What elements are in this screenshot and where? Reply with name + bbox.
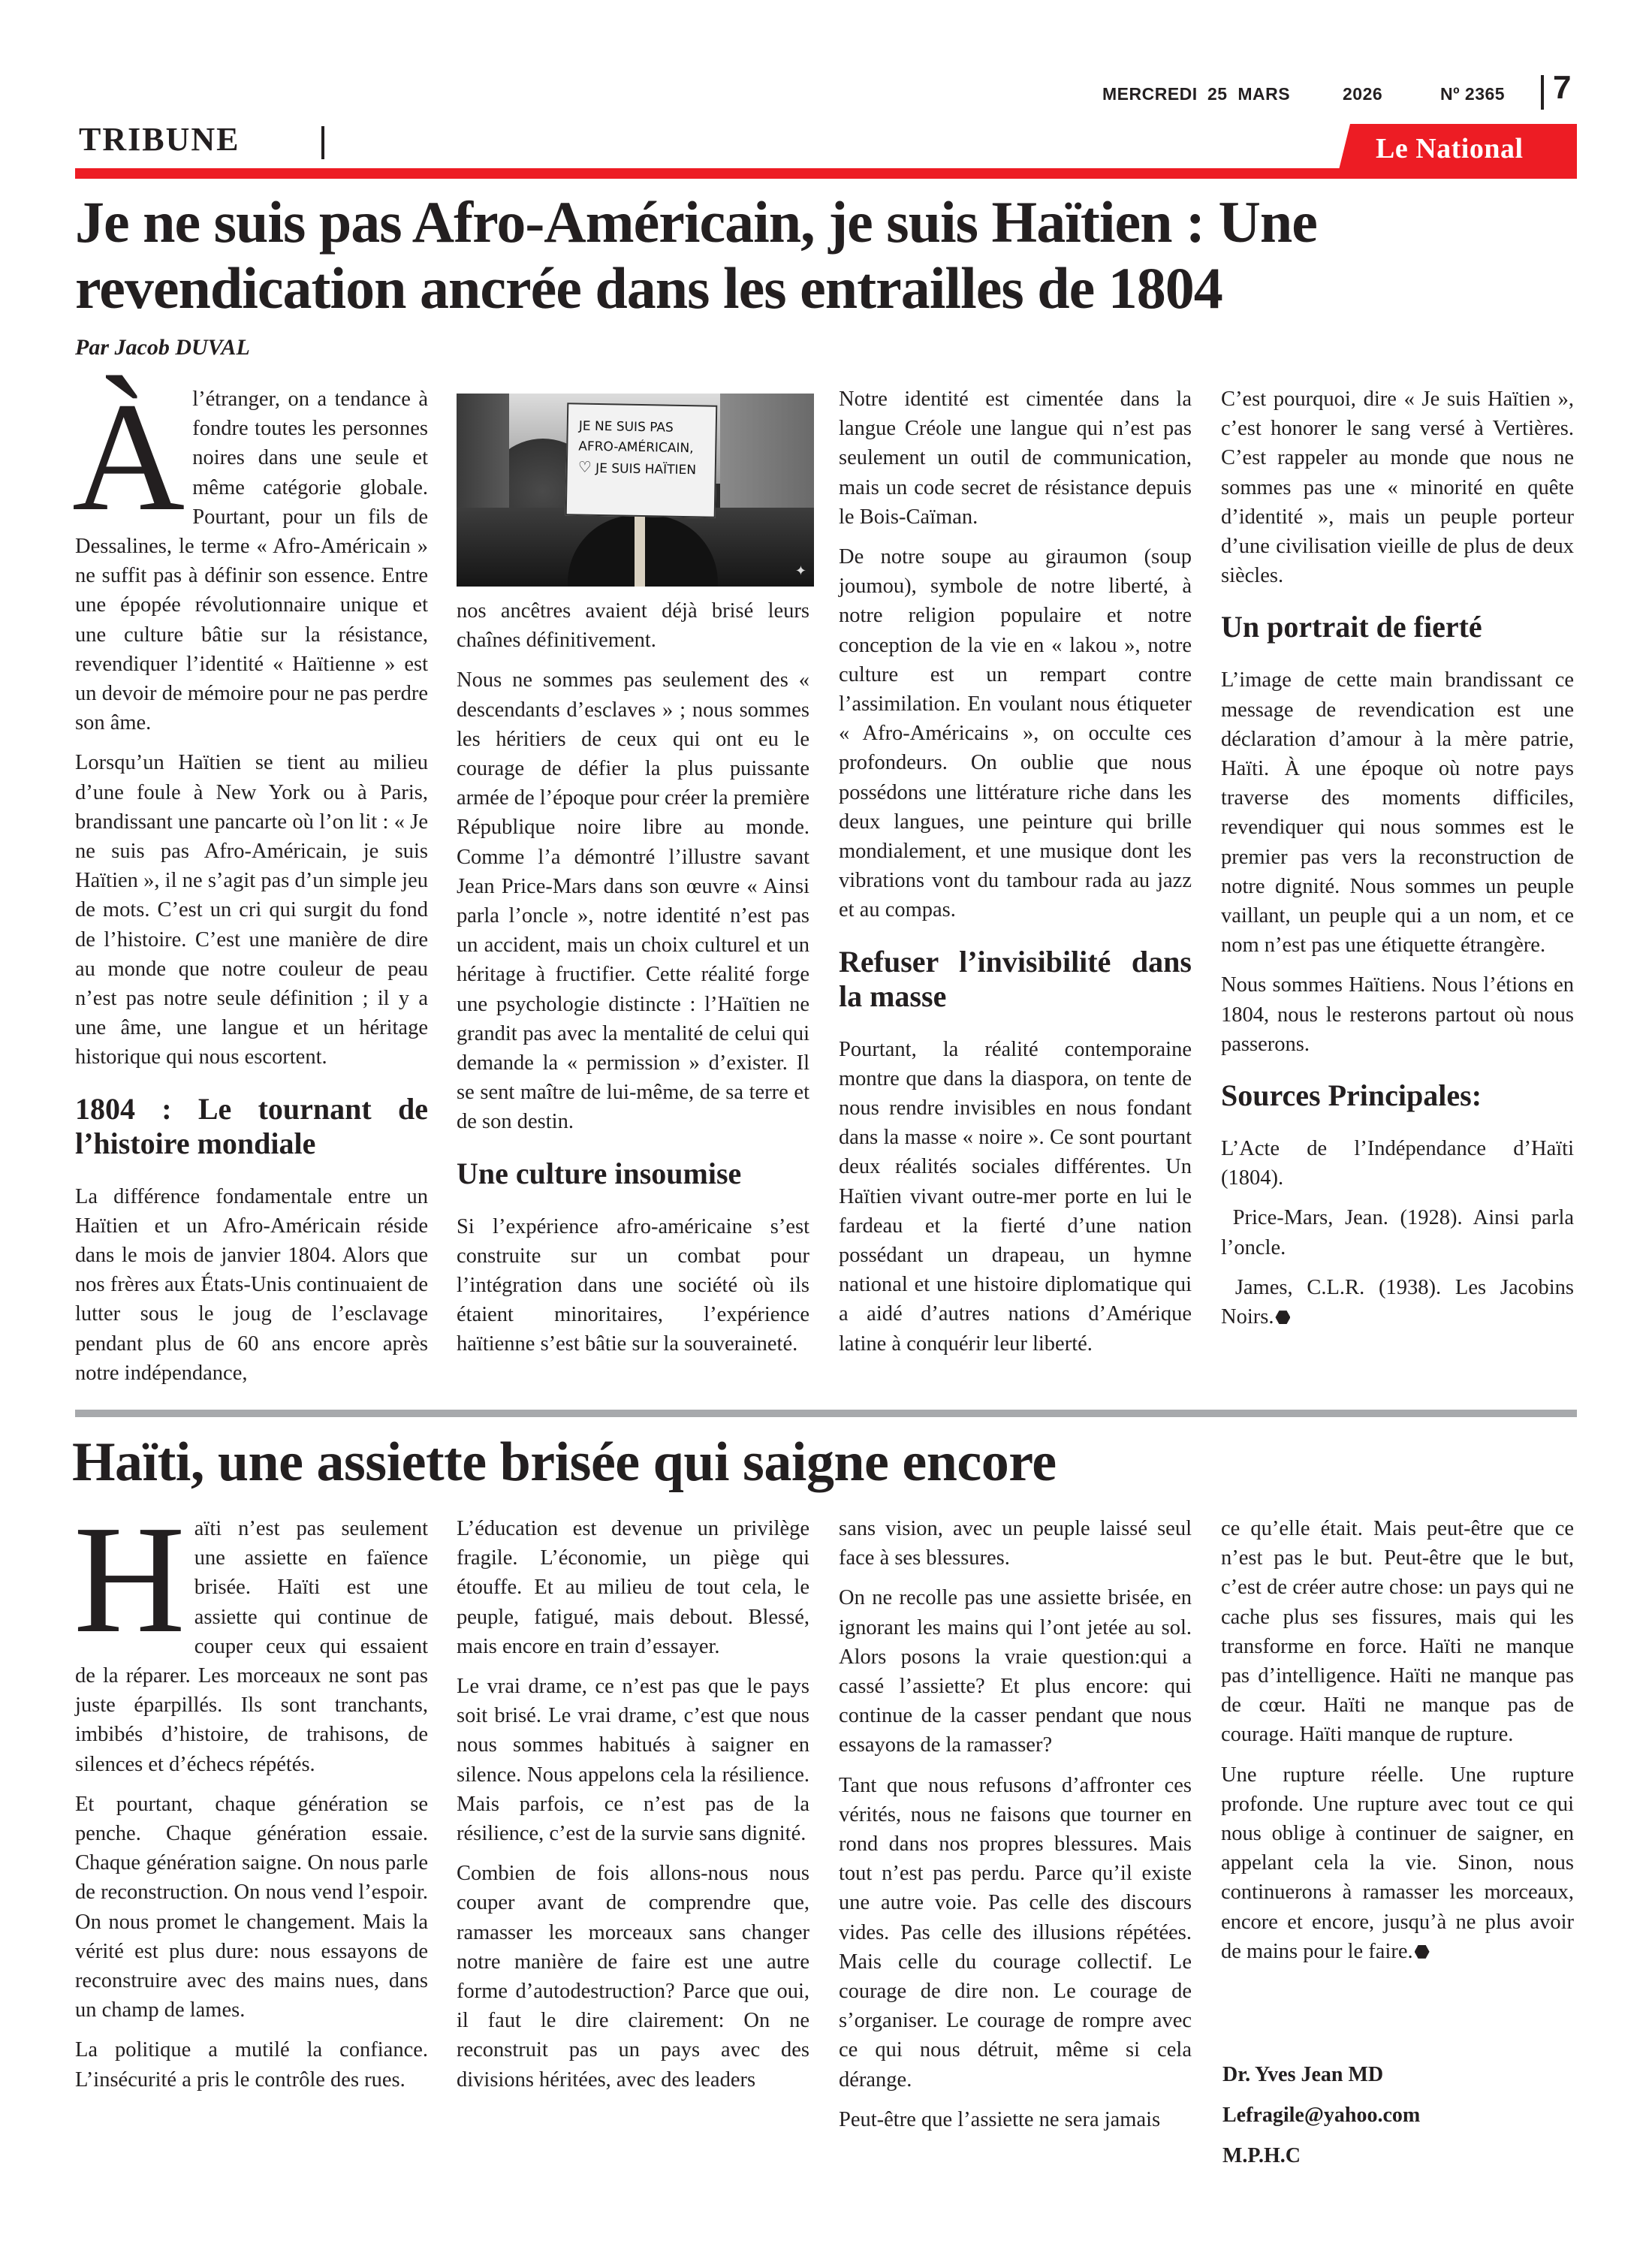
subheading-sources: Sources Principales: [1221, 1078, 1574, 1113]
article1-headline: Je ne suis pas Afro-Américain, je suis H… [75, 189, 1584, 321]
article2-column-4: ce qu’elle était. Mais peut-être que ce … [1221, 1514, 1574, 1977]
header-red-bar [75, 168, 1577, 179]
issue-year: 2026 [1343, 84, 1440, 104]
page-number-divider [1541, 75, 1544, 110]
subheading-invisibilite: Refuser l’invisibilité dans la masse [839, 945, 1192, 1014]
article2-col2-para1: L’éducation est devenue un privilège fra… [457, 1514, 809, 1661]
source-item: Price-Mars, Jean. (1928). Ainsi parla l’… [1221, 1203, 1574, 1262]
section-label: TRIBUNE [79, 120, 240, 158]
issue-date: 25 MARS [1207, 84, 1343, 104]
author-name: Dr. Yves Jean MD [1222, 2055, 1420, 2095]
newspaper-logo: Le National [1376, 132, 1524, 165]
article2-column-1: Haïti n’est pas seulement une assiette e… [75, 1514, 428, 2105]
issue-info: MERCREDI 25 MARS 2026 Nº 2365 [1102, 84, 1515, 104]
article2-col1-para2: Et pourtant, chaque génération se penche… [75, 1790, 428, 2025]
article2-col1-para1: Haïti n’est pas seulement une assiette e… [75, 1514, 428, 1779]
article2-col1-para3: La politique a mutilé la confiance. L’in… [75, 2035, 428, 2094]
article-divider [75, 1410, 1577, 1417]
article1-col1-para3: La différence fondamentale entre un Haït… [75, 1182, 428, 1388]
subheading-1804: 1804 : Le tournant de l’histoire mondial… [75, 1092, 428, 1161]
dropcap: H [74, 1523, 185, 1640]
article2-col2-para2: Le vrai drame, ce n’est pas que le pays … [457, 1672, 809, 1848]
source-item: James, C.L.R. (1938). Les Jacobins Noirs… [1221, 1273, 1574, 1332]
article1-col1-para2: Lorsqu’un Haïtien se tient au milieu d’u… [75, 748, 428, 1072]
article2-col3-para4: Peut-être que l’assiette ne sera jamais [839, 2105, 1192, 2134]
subheading-portrait: Un portrait de fierté [1221, 610, 1574, 644]
article1-byline: Par Jacob DUVAL [75, 335, 250, 360]
article2-headline: Haïti, une assiette brisée qui saigne en… [72, 1428, 1057, 1496]
page-number: 7 [1553, 69, 1571, 107]
article1-col3-para2: De notre soupe au giraumon (soup joumou)… [839, 542, 1192, 925]
heart-eye-icon: ♡ [578, 458, 592, 476]
issue-number: Nº 2365 [1440, 84, 1515, 104]
article2-col2-para3: Combien de fois allons-nous nous couper … [457, 1859, 809, 2095]
article1-column-4: C’est pourquoi, dire « Je suis Haïtien »… [1221, 385, 1574, 1342]
article2-col3-para1: sans vision, avec un peuple laissé seul … [839, 1514, 1192, 1573]
article1-col2-para1: nos ancêtres avaient déjà brisé leurs ch… [457, 596, 809, 655]
subheading-culture: Une culture insoumise [457, 1157, 809, 1191]
source-item: L’Acte de l’Indépendance d’Haïti (1804). [1221, 1134, 1574, 1193]
article2-col4-para2: Une rupture réelle. Une rupture profonde… [1221, 1760, 1574, 1966]
author-signature: Dr. Yves Jean MD Lefragile@yahoo.com M.P… [1222, 2055, 1420, 2176]
protest-sign: JE NE SUIS PAS AFRO-AMÉRICAIN, ♡ JE SUIS… [565, 403, 718, 517]
sparkle-icon: ✦ [795, 563, 806, 579]
article2-col3-para2: On ne recolle pas une assiette brisée, e… [839, 1583, 1192, 1760]
end-of-article-icon [1415, 1945, 1430, 1959]
issue-day: MERCREDI [1102, 84, 1207, 104]
dropcap: À [72, 397, 185, 523]
article1-col3-para1: Notre identité est cimentée dans la lang… [839, 385, 1192, 532]
author-email: Lefragile@yahoo.com [1222, 2095, 1420, 2136]
article1-col2-para3: Si l’expérience afro-américaine s’est co… [457, 1212, 809, 1359]
article1-col3-para3: Pourtant, la réalité contemporaine montr… [839, 1035, 1192, 1359]
article1-col1-para1: Àl’étranger, on a tendance à fondre tout… [75, 385, 428, 737]
article2-column-3: sans vision, avec un peuple laissé seul … [839, 1514, 1192, 2145]
article1-column-3: Notre identité est cimentée dans la lang… [839, 385, 1192, 1369]
section-divider [321, 126, 324, 159]
article1-col4-para3: Nous sommes Haïtiens. Nous l’étions en 1… [1221, 970, 1574, 1059]
article2-col3-para3: Tant que nous refusons d’affronter ces v… [839, 1771, 1192, 2095]
article1-column-2: nos ancêtres avaient déjà brisé leurs ch… [457, 596, 809, 1370]
article2-col4-para1: ce qu’elle était. Mais peut-être que ce … [1221, 1514, 1574, 1750]
author-credential: M.P.H.C [1222, 2136, 1420, 2176]
article2-column-2: L’éducation est devenue un privilège fra… [457, 1514, 809, 2105]
article1-col4-para1: C’est pourquoi, dire « Je suis Haïtien »… [1221, 385, 1574, 590]
article1-col2-para2: Nous ne sommes pas seulement des « desce… [457, 665, 809, 1136]
article1-column-1: Àl’étranger, on a tendance à fondre tout… [75, 385, 428, 1398]
protest-photo: JE NE SUIS PAS AFRO-AMÉRICAIN, ♡ JE SUIS… [457, 394, 814, 587]
end-of-article-icon [1275, 1310, 1290, 1324]
article1-col4-para2: L’image de cette main brandissant ce mes… [1221, 665, 1574, 960]
